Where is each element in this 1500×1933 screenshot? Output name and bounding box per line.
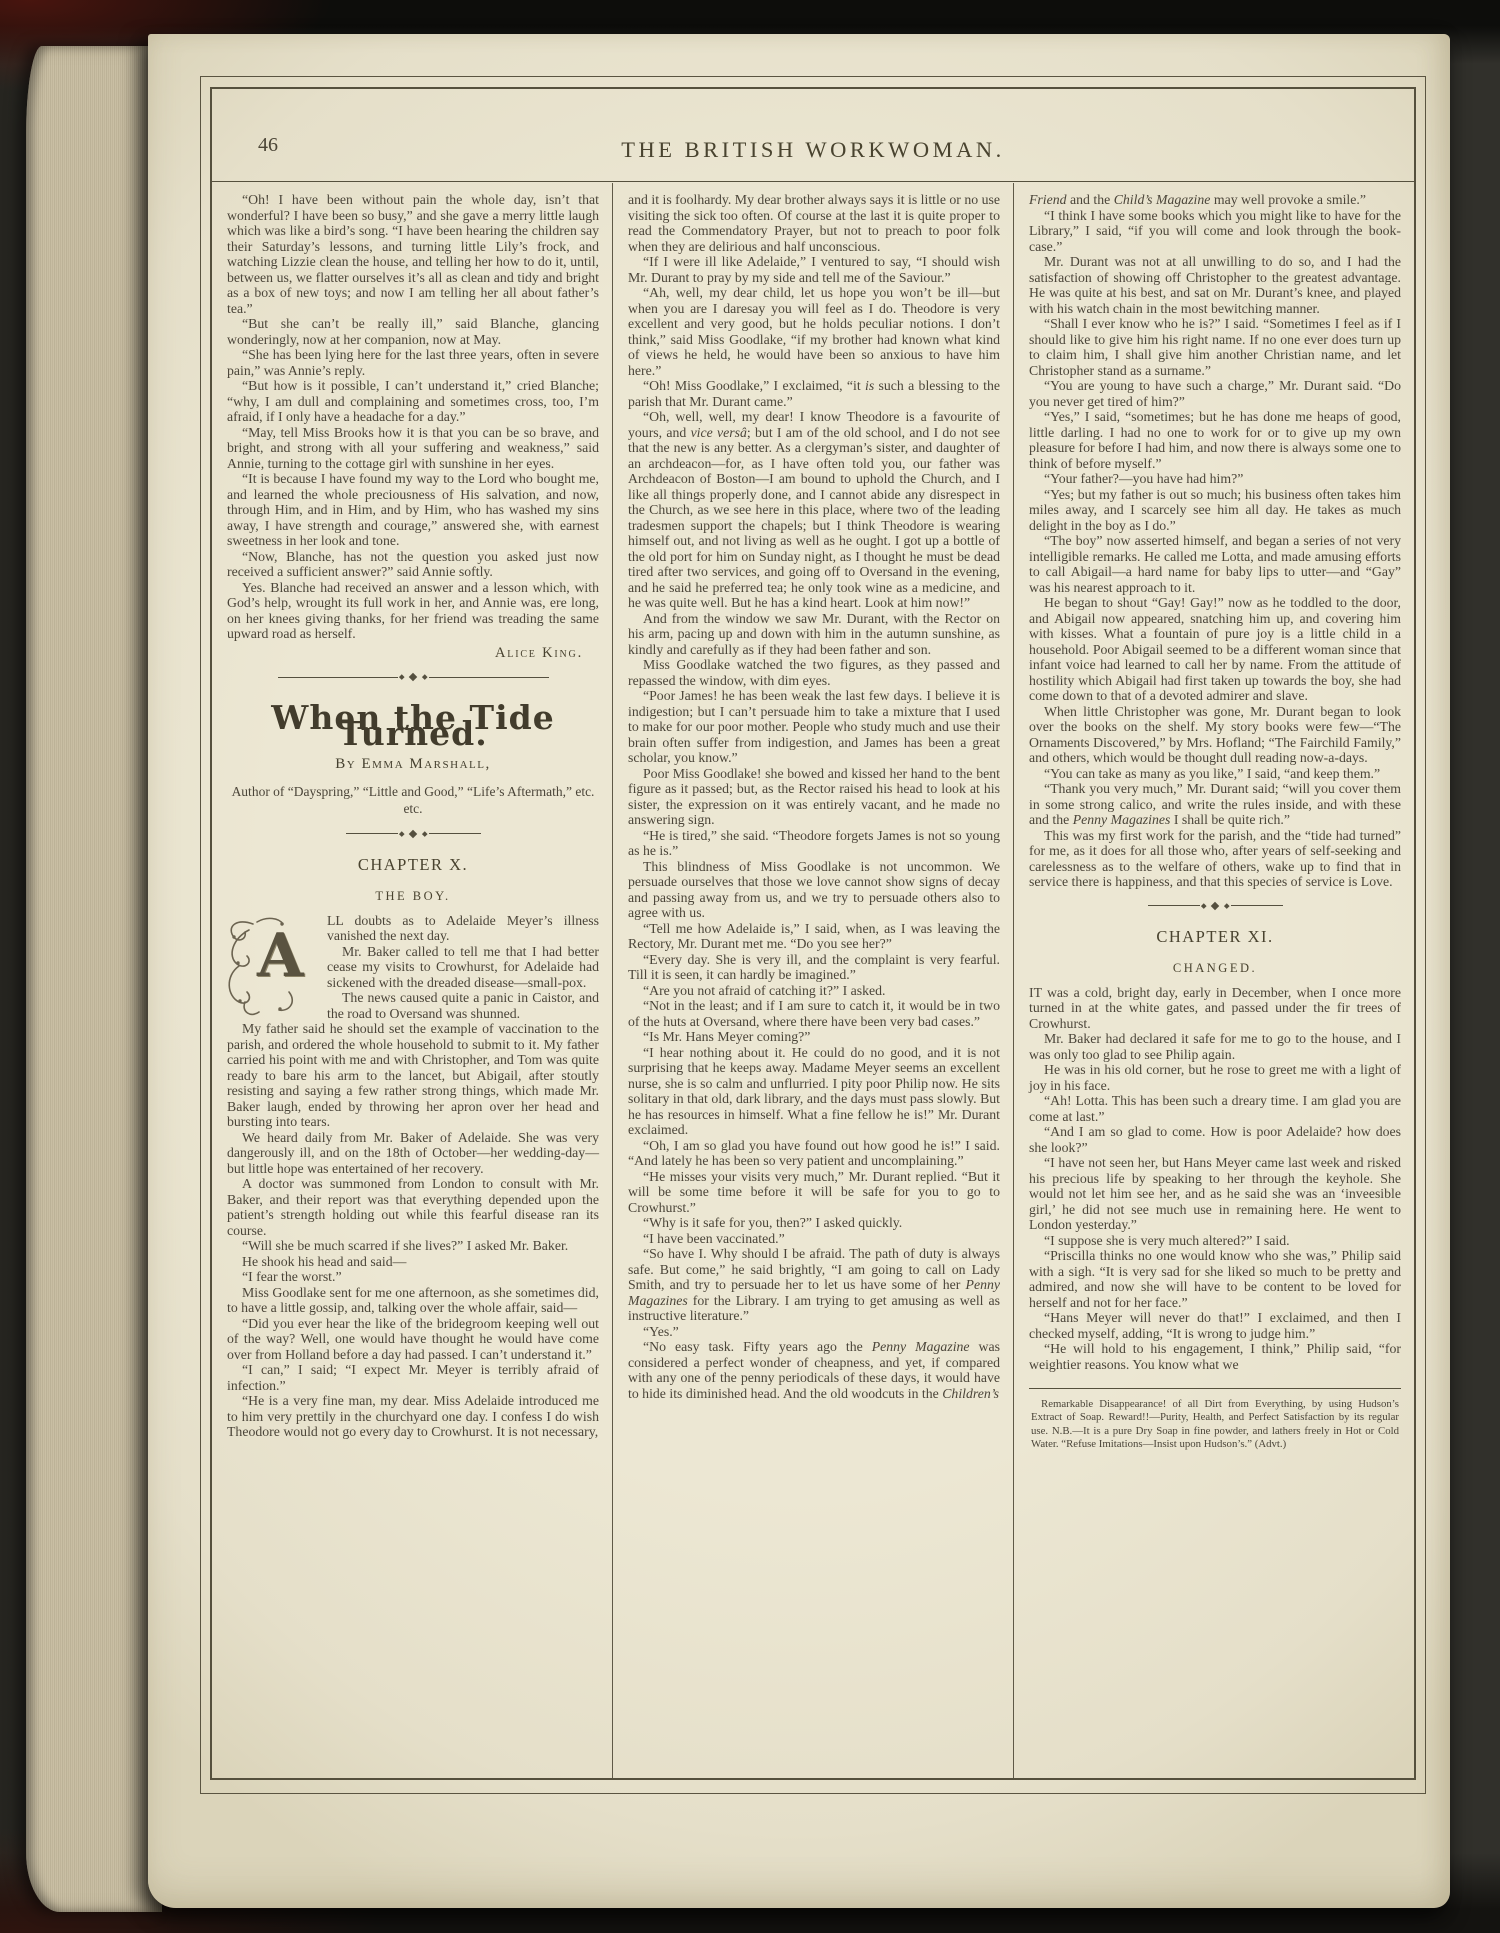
paragraph: “I have not seen her, but Hans Meyer cam… <box>1029 1155 1401 1233</box>
paragraph: “Yes,” I said, “sometimes; but he has do… <box>1029 409 1401 471</box>
text-columns: “Oh! I have been without pain the whole … <box>212 183 1414 1778</box>
paragraph: “Are you not afraid of catching it?” I a… <box>628 983 1000 999</box>
paragraph: “Yes; but my father is out so much; his … <box>1029 487 1401 534</box>
paragraph: “If I were ill like Adelaide,” I venture… <box>628 254 1000 285</box>
page-border-outer: 46 THE BRITISH WORKWOMAN. “Oh! I have be… <box>200 76 1426 1794</box>
paragraph: “He misses your visits very much,” Mr. D… <box>628 1169 1000 1216</box>
paragraph: “Hans Meyer will never do that!” I excla… <box>1029 1310 1401 1341</box>
column-2: and it is foolhardy. My dear brother alw… <box>612 183 1013 1778</box>
paragraph: Poor Miss Goodlake! she bowed and kissed… <box>628 766 1000 828</box>
book-page-edges <box>26 46 162 1912</box>
paragraph: “Yes.” <box>628 1324 1000 1340</box>
paragraph: “Shall I ever know who he is?” I said. “… <box>1029 316 1401 378</box>
paragraph: “Thank you very much,” Mr. Durant said; … <box>1029 781 1401 828</box>
paragraph: “You can take as many as you like,” I sa… <box>1029 766 1401 782</box>
paragraph: “Priscilla thinks no one would know who … <box>1029 1248 1401 1310</box>
paragraph: He began to shout “Gay! Gay!” now as he … <box>1029 595 1401 704</box>
paragraph: Friend and the Child’s Magazine may well… <box>1029 192 1401 208</box>
paragraph: “So have I. Why should I be afraid. The … <box>628 1246 1000 1324</box>
story-author-credits: Author of “Dayspring,” “Little and Good,… <box>227 783 599 818</box>
story-body: Friend and the Child’s Magazine may well… <box>1029 192 1401 890</box>
chapter-opening: A LL doubts as to Adelaide Meyer’s illne… <box>227 913 599 1440</box>
chapter-subtitle: CHANGED. <box>1029 961 1401 977</box>
paragraph: “Oh! Miss Goodlake,” I exclaimed, “it is… <box>628 378 1000 409</box>
advert-text: Remarkable Disappearance! of all Dirt fr… <box>1031 1398 1399 1452</box>
advertisement: Remarkable Disappearance! of all Dirt fr… <box>1029 1388 1401 1452</box>
paragraph: This was my first work for the parish, a… <box>1029 828 1401 890</box>
paragraph: “Oh, well, well, my dear! I know Theodor… <box>628 409 1000 611</box>
paragraph: A doctor was summoned from London to con… <box>227 1176 599 1238</box>
paragraph: “Now, Blanche, has not the question you … <box>227 549 599 580</box>
masthead-title: THE BRITISH WORKWOMAN. <box>212 89 1414 163</box>
paragraph: “Ah! Lotta. This has been such a dreary … <box>1029 1093 1401 1124</box>
paragraph: “Your father?—you have had him?” <box>1029 471 1401 487</box>
column-3: Friend and the Child’s Magazine may well… <box>1013 183 1414 1778</box>
paragraph: “Why is it safe for you, then?” I asked … <box>628 1215 1000 1231</box>
divider-ornament-icon <box>227 831 599 837</box>
paragraph: Yes. Blanche had received an answer and … <box>227 580 599 642</box>
paragraph: “Oh! I have been without pain the whole … <box>227 192 599 316</box>
paragraph: “But she can’t be really ill,” said Blan… <box>227 316 599 347</box>
paragraph: and it is foolhardy. My dear brother alw… <box>628 192 1000 254</box>
paragraph: “He is a very fine man, my dear. Miss Ad… <box>227 1393 599 1440</box>
divider-ornament-icon <box>1029 903 1401 909</box>
paragraph: “It is because I have found my way to th… <box>227 471 599 549</box>
paragraph: “I fear the worst.” <box>227 1269 599 1285</box>
paragraph: Mr. Baker had declared it safe for me to… <box>1029 1031 1401 1062</box>
paragraph: This blindness of Miss Goodlake is not u… <box>628 859 1000 921</box>
paragraph: “Oh, I am so glad you have found out how… <box>628 1138 1000 1169</box>
paragraph: And from the window we saw Mr. Durant, w… <box>628 611 1000 658</box>
paragraph: “He will hold to his engagement, I think… <box>1029 1341 1401 1372</box>
paragraph: “The boy” now asserted himself, and bega… <box>1029 533 1401 595</box>
paragraph: My father said he should set the example… <box>227 1021 599 1130</box>
paragraph: “I hear nothing about it. He could do no… <box>628 1045 1000 1138</box>
paragraph: “You are young to have such a charge,” M… <box>1029 378 1401 409</box>
paragraph: Miss Goodlake watched the two figures, a… <box>628 657 1000 688</box>
paragraph: “Tell me how Adelaide is,” I said, when,… <box>628 921 1000 952</box>
paragraph: “Not in the least; and if I am sure to c… <box>628 998 1000 1029</box>
paragraph: “He is tired,” she said. “Theodore forge… <box>628 828 1000 859</box>
paragraph: “Ah, well, my dear child, let us hope yo… <box>628 285 1000 378</box>
paragraph: Miss Goodlake sent for me one afternoon,… <box>227 1285 599 1316</box>
paragraph: “But how is it possible, I can’t underst… <box>227 378 599 425</box>
paragraph: “Every day. She is very ill, and the com… <box>628 952 1000 983</box>
story-body: and it is foolhardy. My dear brother alw… <box>628 192 1000 1401</box>
paragraph: IT was a cold, bright day, early in Dece… <box>1029 985 1401 1032</box>
paragraph: We heard daily from Mr. Baker of Adelaid… <box>227 1130 599 1177</box>
page-border-inner: 46 THE BRITISH WORKWOMAN. “Oh! I have be… <box>210 87 1416 1780</box>
chapter-subtitle: THE BOY. <box>227 889 599 905</box>
paragraph: “I can,” I said; “I expect Mr. Meyer is … <box>227 1362 599 1393</box>
page-number: 46 <box>258 134 278 157</box>
paragraph: “Poor James! he has been weak the last f… <box>628 688 1000 766</box>
ending-of-previous-story: “Oh! I have been without pain the whole … <box>227 192 599 642</box>
paragraph: He shook his head and said— <box>227 1254 599 1270</box>
story-title: When the Tide Turned. <box>227 710 599 741</box>
paragraph: When little Christopher was gone, Mr. Du… <box>1029 704 1401 766</box>
paragraph: “And I am so glad to come. How is poor A… <box>1029 1124 1401 1155</box>
chapter-heading: CHAPTER X. <box>227 857 599 873</box>
paragraph: “Is Mr. Hans Meyer coming?” <box>628 1029 1000 1045</box>
story-body: IT was a cold, bright day, early in Dece… <box>1029 985 1401 1373</box>
divider-ornament-icon <box>227 674 599 680</box>
author-signature: Alice King. <box>227 642 599 662</box>
magazine-page: 46 THE BRITISH WORKWOMAN. “Oh! I have be… <box>148 34 1450 1908</box>
paragraph: He was in his old corner, but he rose to… <box>1029 1062 1401 1093</box>
paragraph: “She has been lying here for the last th… <box>227 347 599 378</box>
chapter-heading: CHAPTER XI. <box>1029 929 1401 945</box>
paragraph: “Did you ever hear the like of the bride… <box>227 1316 599 1363</box>
paragraph: “I think I have some books which you mig… <box>1029 208 1401 255</box>
paragraph: “May, tell Miss Brooks how it is that yo… <box>227 425 599 472</box>
drop-cap-letter: A <box>257 926 304 986</box>
paragraph: “Will she be much scarred if she lives?”… <box>227 1238 599 1254</box>
paragraph: “I have been vaccinated.” <box>628 1231 1000 1247</box>
paragraph: “No easy task. Fifty years ago the Penny… <box>628 1339 1000 1401</box>
page-header: 46 THE BRITISH WORKWOMAN. <box>212 89 1414 182</box>
paragraph: Mr. Durant was not at all unwilling to d… <box>1029 254 1401 316</box>
ornamental-initial-A-icon: A <box>223 916 319 1018</box>
column-1: “Oh! I have been without pain the whole … <box>212 183 612 1778</box>
scanned-book-photo: { "header": { "page_number": "46", "mast… <box>0 0 1500 1933</box>
story-byline: By Emma Marshall, <box>227 757 599 773</box>
paragraph: “I suppose she is very much altered?” I … <box>1029 1233 1401 1249</box>
